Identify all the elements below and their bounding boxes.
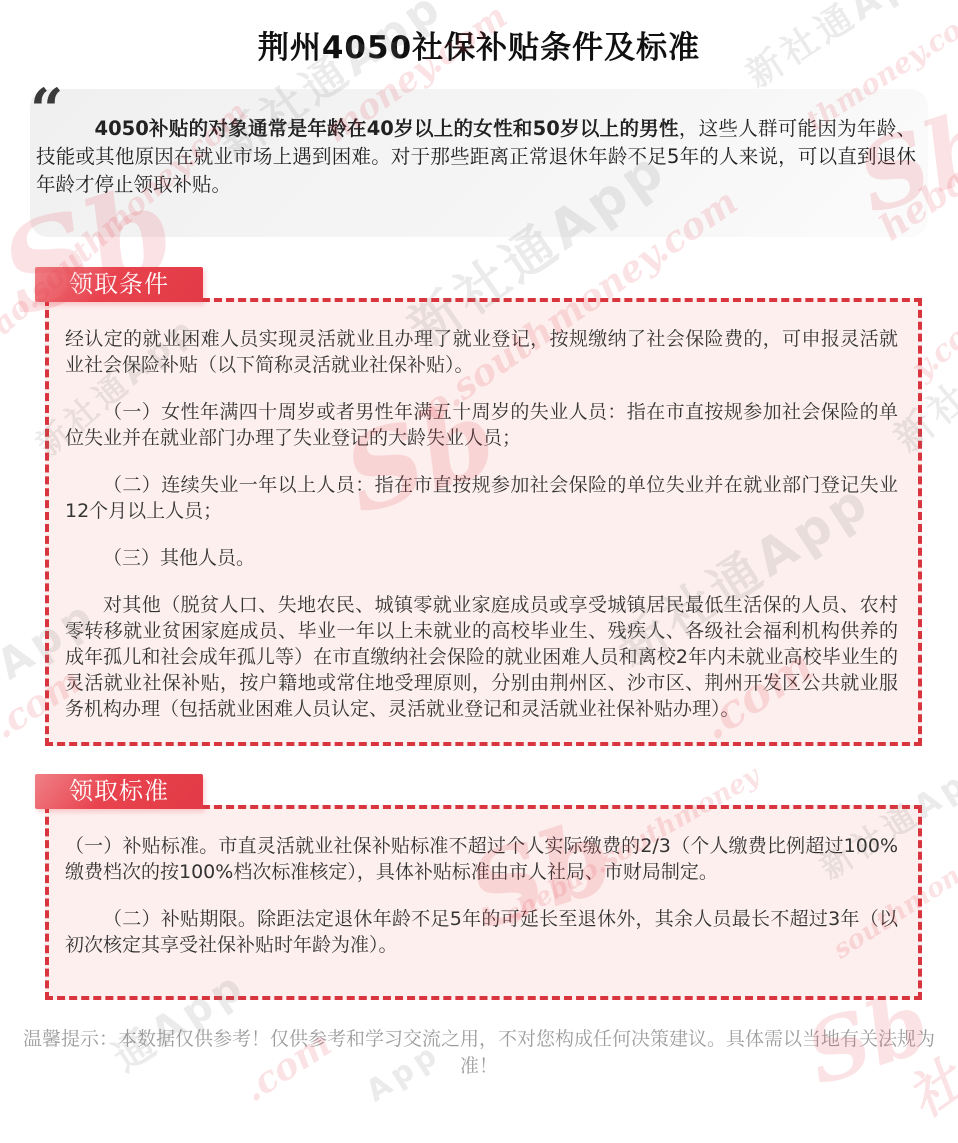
section-conditions: 领取条件 经认定的就业困难人员实现灵活就业且办理了就业登记，按规缴纳了社会保险费… xyxy=(0,267,958,746)
paragraph: （一）补贴标准。市直灵活就业社保补贴标准不超过个人实际缴费的2/3（个人缴费比例… xyxy=(65,833,898,885)
paragraph: （二）补贴期限。除距法定退休年龄不足5年的可延长至退休外，其余人员最长不超过3年… xyxy=(65,906,898,958)
article-page: 新社通Appmoney.com新社通Appthmoney.comSbhebaSb… xyxy=(0,0,958,1143)
paragraph: 对其他（脱贫人口、失地农民、城镇零就业家庭成员或享受城镇居民最低生活保的人员、农… xyxy=(65,592,898,722)
section-standards: 领取标准 （一）补贴标准。市直灵活就业社保补贴标准不超过个人实际缴费的2/3（个… xyxy=(0,774,958,1000)
standards-box: （一）补贴标准。市直灵活就业社保补贴标准不超过个人实际缴费的2/3（个人缴费比例… xyxy=(45,805,922,1000)
intro-lead-bold: 4050补贴的对象通常是年龄在40岁以上的女性和50岁以上的男性 xyxy=(95,117,679,140)
page-title: 荆州4050社保补贴条件及标准 xyxy=(0,0,958,67)
section-label-conditions: 领取条件 xyxy=(35,267,203,302)
intro-card: “ 4050补贴的对象通常是年龄在40岁以上的女性和50岁以上的男性，这些人群可… xyxy=(30,89,928,237)
paragraph: （三）其他人员。 xyxy=(65,545,898,571)
section-label-standards: 领取标准 xyxy=(35,774,203,809)
quote-icon: “ xyxy=(30,81,63,139)
paragraph: （一）女性年满四十周岁或者男性年满五十周岁的失业人员：指在市直按规参加社会保险的… xyxy=(65,399,898,451)
footer-note: 温馨提示：本数据仅供参考！仅供参考和学习交流之用，不对您构成任何决策建议。具体需… xyxy=(19,1026,939,1080)
paragraph: （二）连续失业一年以上人员：指在市直按规参加社会保险的单位失业并在就业部门登记失… xyxy=(65,472,898,524)
intro-paragraph: 4050补贴的对象通常是年龄在40岁以上的女性和50岁以上的男性，这些人群可能因… xyxy=(32,115,920,199)
conditions-box: 经认定的就业困难人员实现灵活就业且办理了就业登记，按规缴纳了社会保险费的，可申报… xyxy=(45,298,922,746)
paragraph: 经认定的就业困难人员实现灵活就业且办理了就业登记，按规缴纳了社会保险费的，可申报… xyxy=(65,326,898,378)
